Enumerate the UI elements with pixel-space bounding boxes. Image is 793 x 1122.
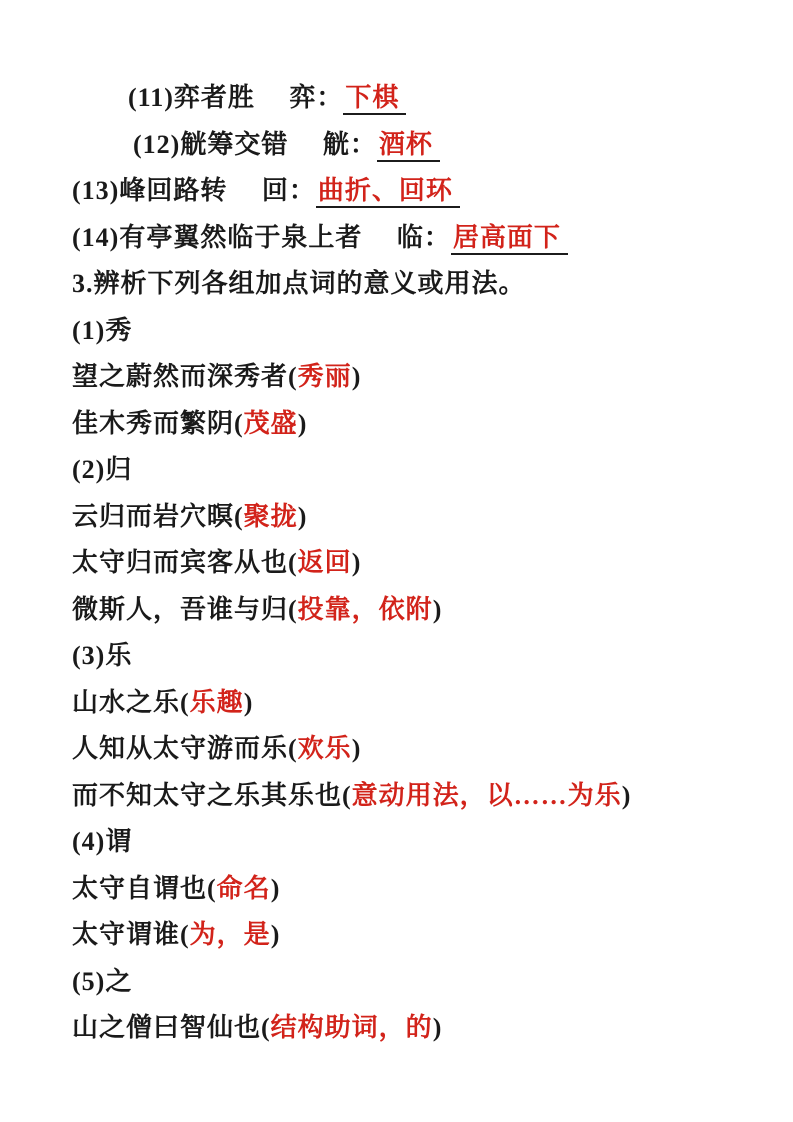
document-line-2: (12)觥筹交错 觥：酒杯 — [72, 122, 763, 169]
text-segment: 太守自谓也( — [72, 874, 217, 903]
text-segment: (14)有亭翼然临于泉上者 临： — [72, 223, 451, 252]
text-segment: ) — [298, 409, 308, 438]
text-segment: (13)峰回路转 回： — [72, 176, 316, 205]
document-line-8: 佳木秀而繁阴(茂盛) — [72, 401, 763, 448]
document-line-6: (1)秀 — [72, 308, 763, 355]
answer-text-underlined: 居高面下 — [451, 223, 568, 255]
text-segment: 人知从太守游而乐( — [72, 734, 298, 763]
text-segment: 而不知太守之乐其乐也( — [72, 781, 352, 810]
document-line-12: 微斯人，吾谁与归(投靠，依附) — [72, 587, 763, 634]
document-line-7: 望之蔚然而深秀者(秀丽) — [72, 354, 763, 401]
text-segment: ) — [352, 548, 362, 577]
answer-text: 命名 — [217, 874, 271, 903]
text-segment: 望之蔚然而深秀者( — [72, 362, 298, 391]
answer-text: 欢乐 — [298, 734, 352, 763]
answer-text-underlined: 酒杯 — [377, 130, 440, 162]
text-segment: ) — [352, 362, 362, 391]
text-segment: ) — [433, 1013, 443, 1042]
answer-text: 结构助词，的 — [271, 1013, 433, 1042]
answer-text: 乐趣 — [190, 688, 244, 717]
document-line-3: (13)峰回路转 回：曲折、回环 — [72, 168, 763, 215]
document-line-16: 而不知太守之乐其乐也(意动用法，以……为乐) — [72, 773, 763, 820]
answer-text: 秀丽 — [298, 362, 352, 391]
text-segment: ) — [298, 502, 308, 531]
answer-text: 返回 — [298, 548, 352, 577]
document-line-1: (11)弈者胜 弈：下棋 — [72, 75, 763, 122]
text-segment: ) — [352, 734, 362, 763]
text-segment: (5)之 — [72, 967, 132, 996]
document-line-15: 人知从太守游而乐(欢乐) — [72, 726, 763, 773]
text-segment: (12)觥筹交错 觥： — [133, 130, 377, 159]
answer-text: 为，是 — [190, 920, 271, 949]
text-segment: (2)归 — [72, 455, 132, 484]
text-segment: 山之僧曰智仙也( — [72, 1013, 271, 1042]
text-segment: (1)秀 — [72, 316, 132, 345]
answer-text-underlined: 曲折、回环 — [316, 176, 460, 208]
document-line-5: 3.辨析下列各组加点词的意义或用法。 — [72, 261, 763, 308]
document-body: (11)弈者胜 弈：下棋(12)觥筹交错 觥：酒杯(13)峰回路转 回：曲折、回… — [72, 75, 763, 1052]
text-segment: ) — [244, 688, 254, 717]
answer-text-underlined: 下棋 — [343, 83, 406, 115]
document-line-17: (4)谓 — [72, 819, 763, 866]
text-segment: ) — [433, 595, 443, 624]
document-line-11: 太守归而宾客从也(返回) — [72, 540, 763, 587]
text-segment: 3.辨析下列各组加点词的意义或用法。 — [72, 269, 526, 298]
text-segment: ) — [271, 874, 281, 903]
text-segment: (3)乐 — [72, 641, 132, 670]
document-line-10: 云归而岩穴暝(聚拢) — [72, 494, 763, 541]
document-line-20: (5)之 — [72, 959, 763, 1006]
document-line-9: (2)归 — [72, 447, 763, 494]
document-line-13: (3)乐 — [72, 633, 763, 680]
text-segment: 云归而岩穴暝( — [72, 502, 244, 531]
text-segment: (11)弈者胜 弈： — [128, 83, 343, 112]
document-line-19: 太守谓谁(为，是) — [72, 912, 763, 959]
text-segment: 太守谓谁( — [72, 920, 190, 949]
document-line-14: 山水之乐(乐趣) — [72, 680, 763, 727]
answer-text: 茂盛 — [244, 409, 298, 438]
document-line-21: 山之僧曰智仙也(结构助词，的) — [72, 1005, 763, 1052]
document-line-4: (14)有亭翼然临于泉上者 临：居高面下 — [72, 215, 763, 262]
document-line-18: 太守自谓也(命名) — [72, 866, 763, 913]
answer-text: 投靠，依附 — [298, 595, 433, 624]
text-segment: ) — [271, 920, 281, 949]
text-segment: 微斯人，吾谁与归( — [72, 595, 298, 624]
text-segment: 太守归而宾客从也( — [72, 548, 298, 577]
document-page: (11)弈者胜 弈：下棋(12)觥筹交错 觥：酒杯(13)峰回路转 回：曲折、回… — [0, 0, 793, 1122]
text-segment: 山水之乐( — [72, 688, 190, 717]
text-segment: ) — [622, 781, 632, 810]
text-segment: (4)谓 — [72, 827, 132, 856]
text-segment: 佳木秀而繁阴( — [72, 409, 244, 438]
answer-text: 聚拢 — [244, 502, 298, 531]
answer-text: 意动用法，以……为乐 — [352, 781, 622, 810]
